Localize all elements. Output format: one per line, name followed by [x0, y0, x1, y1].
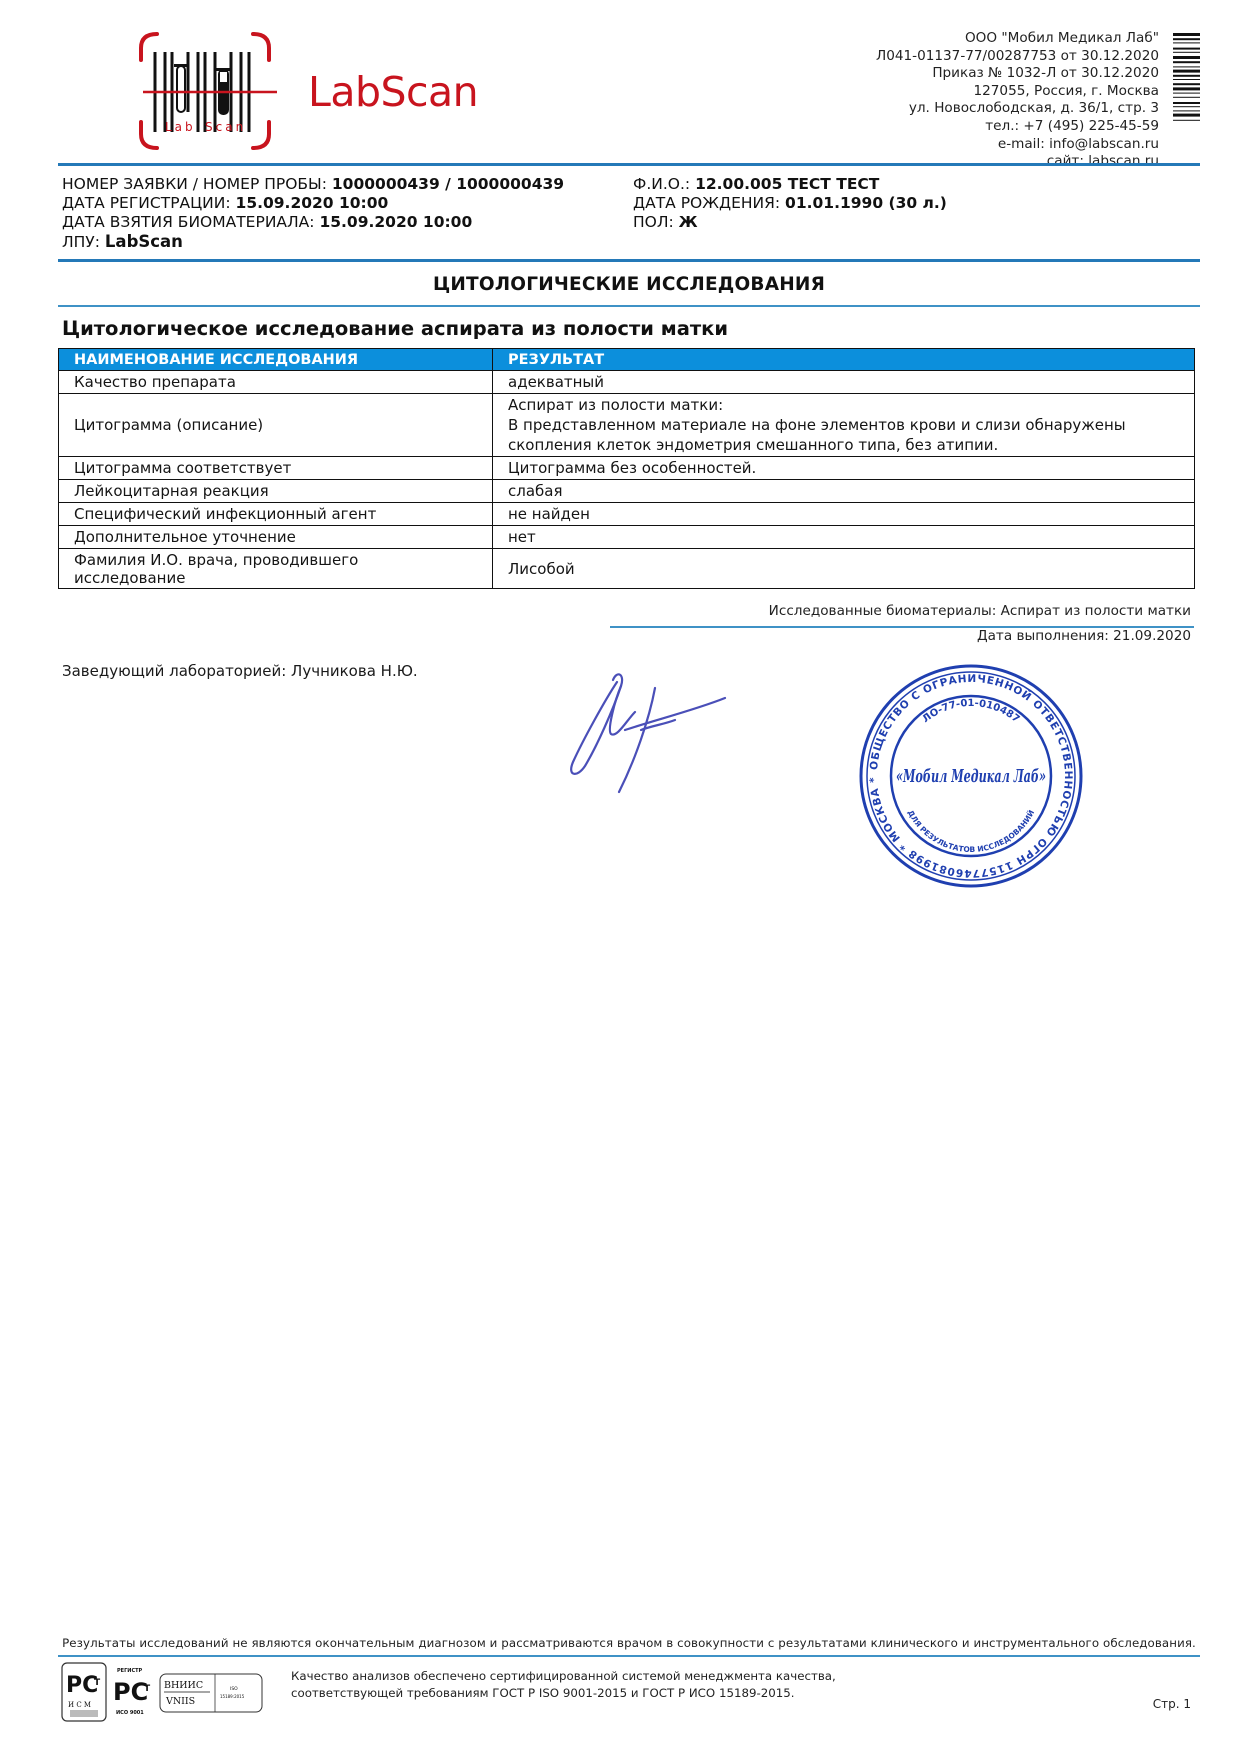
- barcode-icon: [1173, 33, 1200, 158]
- sample-date: 15.09.2020 10:00: [319, 213, 472, 231]
- svg-text:ИСО 9001: ИСО 9001: [116, 1710, 144, 1716]
- footer-divider: [58, 1655, 1200, 1657]
- page-number: Стр. 1: [1153, 1697, 1191, 1711]
- section-divider: [58, 305, 1200, 307]
- quality-note: Качество анализов обеспечено сертифициро…: [291, 1668, 836, 1702]
- org-email: e-mail: info@labscan.ru: [876, 136, 1159, 154]
- org-order: Приказ № 1032-Л от 30.12.2020: [876, 65, 1159, 83]
- svg-text:ISO: ISO: [230, 1686, 238, 1692]
- vniis-iso15189-logo-icon: ВНИИС VNIIS ISO 15189:2015: [160, 1674, 262, 1712]
- svg-text:И С М: И С М: [68, 1701, 91, 1709]
- table-row: Качество препаратаадекватный: [59, 371, 1195, 394]
- table-row: Цитограмма соответствуетЦитограмма без о…: [59, 457, 1195, 480]
- execution-date: Дата выполнения: 21.09.2020: [977, 628, 1191, 644]
- test-name: Цитограмма соответствует: [59, 457, 493, 480]
- svg-text:15189:2015: 15189:2015: [220, 1694, 245, 1699]
- column-header-result: РЕЗУЛЬТАТ: [493, 349, 1195, 371]
- test-result: Лисобой: [493, 549, 1195, 589]
- rst-iso9001-logo-icon: РЕГИСТР РС Т ИСО 9001: [113, 1668, 151, 1716]
- org-name: ООО "Мобил Медикал Лаб": [876, 30, 1159, 48]
- table-row: Лейкоцитарная реакцияслабая: [59, 480, 1195, 503]
- registration-date: 15.09.2020 10:00: [236, 194, 389, 212]
- header-divider: [58, 163, 1200, 166]
- svg-text:ВНИИС: ВНИИС: [164, 1680, 203, 1691]
- order-number: 1000000439 / 1000000439: [332, 175, 564, 193]
- test-result: адекватный: [493, 371, 1195, 394]
- column-header-name: НАИМЕНОВАНИЕ ИССЛЕДОВАНИЯ: [59, 349, 493, 371]
- stamp-purpose: ДЛЯ РЕЗУЛЬТАТОВ ИССЛЕДОВАНИЙ: [906, 809, 1036, 854]
- test-name: Дополнительное уточнение: [59, 526, 493, 549]
- org-phone: тел.: +7 (495) 225-45-59: [876, 118, 1159, 136]
- table-row: Дополнительное уточнениенет: [59, 526, 1195, 549]
- head-of-laboratory: Заведующий лабораторией: Лучникова Н.Ю.: [62, 662, 418, 680]
- test-result: нет: [493, 526, 1195, 549]
- org-website: сайт: labscan.ru: [876, 153, 1159, 171]
- company-stamp-icon: ОБЩЕСТВО С ОГРАНИЧЕННОЙ ОТВЕТСТВЕННОСТЬЮ…: [855, 660, 1087, 892]
- rst-ism-logo-icon: РС Т И С М: [62, 1663, 106, 1721]
- patient-divider: [58, 259, 1200, 262]
- org-city: 127055, Россия, г. Москва: [876, 83, 1159, 101]
- stamp-license: ЛО-77-01-010487: [921, 698, 1022, 725]
- patient-name: 12.00.005 ТЕСТ ТЕСТ: [695, 175, 879, 193]
- stamp-company-name: «Мобил Медикал Лаб»: [896, 766, 1046, 787]
- test-result: не найден: [493, 503, 1195, 526]
- test-name: Качество препарата: [59, 371, 493, 394]
- section-title: ЦИТОЛОГИЧЕСКИЕ ИССЛЕДОВАНИЯ: [58, 274, 1200, 295]
- svg-text:ЛО-77-01-010487: ЛО-77-01-010487: [921, 698, 1022, 725]
- sample-date-row: ДАТА ВЗЯТИЯ БИОМАТЕРИАЛА: 15.09.2020 10:…: [62, 213, 564, 232]
- org-license: Л041-01137-77/00287753 от 30.12.2020: [876, 48, 1159, 66]
- birth-date: 01.01.1990 (30 л.): [785, 194, 947, 212]
- table-row: Фамилия И.О. врача, проводившего исследо…: [59, 549, 1195, 589]
- sex-row: ПОЛ: Ж: [633, 213, 947, 232]
- patient-info: Ф.И.О.: 12.00.005 ТЕСТ ТЕСТ ДАТА РОЖДЕНИ…: [633, 175, 947, 232]
- test-name: Цитограмма (описание): [59, 394, 493, 457]
- svg-text:Lab: Lab: [165, 120, 196, 134]
- logo-wordmark: LabScan: [308, 68, 478, 116]
- svg-text:РС: РС: [113, 1678, 148, 1706]
- test-title: Цитологическое исследование аспирата из …: [62, 317, 728, 340]
- table-row: Цитограмма (описание)Аспират из полости …: [59, 394, 1195, 457]
- organization-details: ООО "Мобил Медикал Лаб" Л041-01137-77/00…: [876, 30, 1159, 171]
- results-table: НАИМЕНОВАНИЕ ИССЛЕДОВАНИЯ РЕЗУЛЬТАТ Каче…: [58, 348, 1195, 589]
- table-row: Специфический инфекционный агентне найде…: [59, 503, 1195, 526]
- table-header-row: НАИМЕНОВАНИЕ ИССЛЕДОВАНИЯ РЕЗУЛЬТАТ: [59, 349, 1195, 371]
- order-number-row: НОМЕР ЗАЯВКИ / НОМЕР ПРОБЫ: 1000000439 /…: [62, 175, 564, 194]
- signature-icon: [555, 660, 795, 800]
- birth-date-row: ДАТА РОЖДЕНИЯ: 01.01.1990 (30 л.): [633, 194, 947, 213]
- registration-date-row: ДАТА РЕГИСТРАЦИИ: 15.09.2020 10:00: [62, 194, 564, 213]
- svg-text:Т: Т: [94, 1678, 101, 1688]
- biomaterials-note: Исследованные биоматериалы: Аспират из п…: [769, 603, 1191, 619]
- test-name: Фамилия И.О. врача, проводившего исследо…: [59, 549, 493, 589]
- lpu-value: LabScan: [105, 232, 183, 251]
- order-info: НОМЕР ЗАЯВКИ / НОМЕР ПРОБЫ: 1000000439 /…: [62, 175, 564, 252]
- lpu-row: ЛПУ: LabScan: [62, 232, 564, 252]
- svg-text:VNIIS: VNIIS: [165, 1696, 195, 1707]
- test-name: Лейкоцитарная реакция: [59, 480, 493, 503]
- svg-text:Scan: Scan: [205, 120, 246, 134]
- disclaimer: Результаты исследований не являются окон…: [58, 1636, 1200, 1650]
- test-result: слабая: [493, 480, 1195, 503]
- svg-text:Т: Т: [144, 1684, 151, 1694]
- certification-logos: РС Т И С М РЕГИСТР РС Т ИСО 9001 ВНИИС V…: [60, 1660, 270, 1726]
- sex-value: Ж: [679, 213, 698, 231]
- svg-text:РЕГИСТР: РЕГИСТР: [117, 1668, 143, 1674]
- test-result: Аспират из полости матки:В представленно…: [493, 394, 1195, 457]
- labscan-logo: Lab Scan LabScan: [135, 30, 495, 155]
- svg-text:ДЛЯ РЕЗУЛЬТАТОВ ИССЛЕДОВАНИЙ: ДЛЯ РЕЗУЛЬТАТОВ ИССЛЕДОВАНИЙ: [906, 809, 1036, 854]
- test-name: Специфический инфекционный агент: [59, 503, 493, 526]
- test-result: Цитограмма без особенностей.: [493, 457, 1195, 480]
- org-street: ул. Новослободская, д. 36/1, стр. 3: [876, 100, 1159, 118]
- patient-name-row: Ф.И.О.: 12.00.005 ТЕСТ ТЕСТ: [633, 175, 947, 194]
